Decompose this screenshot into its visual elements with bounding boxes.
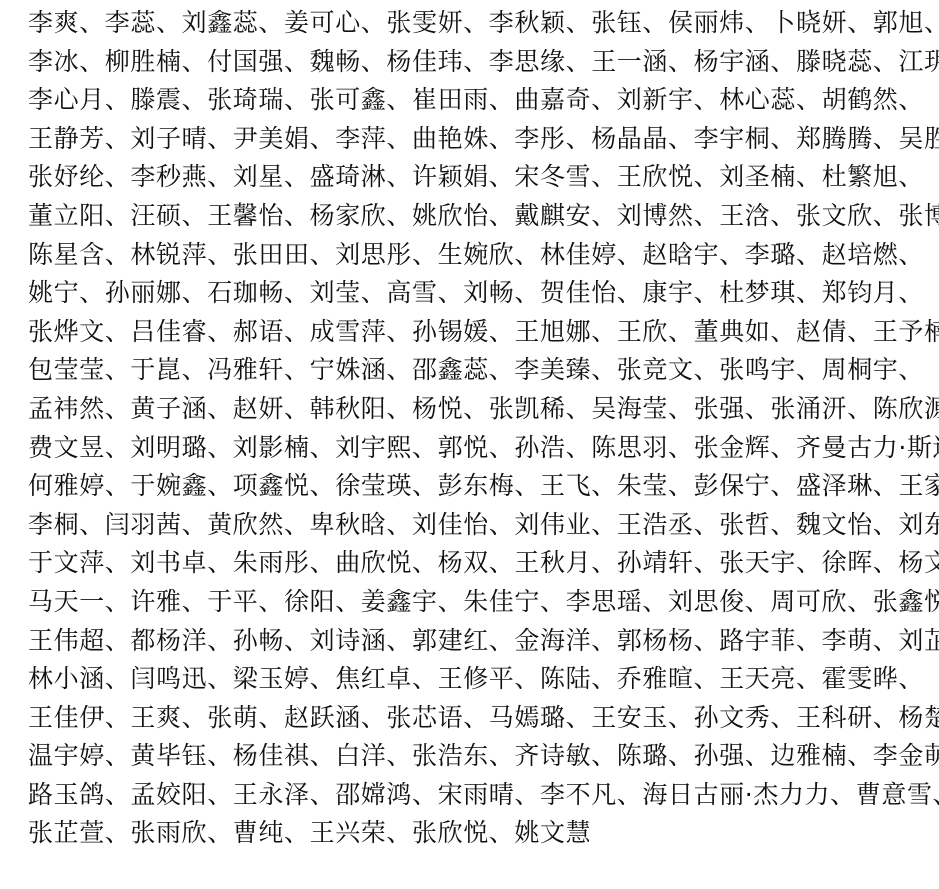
name-list-line: 董立阳、汪硕、王馨怡、杨家欣、姚欣怡、戴麒安、刘博然、王浛、张文欣、张博文、 [28, 197, 933, 236]
name-list-line: 陈星含、林锐萍、张田田、刘思彤、生婉欣、林佳婷、赵晗宇、李璐、赵培燃、 [28, 236, 933, 275]
name-list-line: 于文萍、刘书卓、朱雨彤、曲欣悦、杨双、王秋月、孙靖轩、张天宇、徐晖、杨文慧、 [28, 544, 933, 583]
name-list-line: 路玉鸽、孟姣阳、王永泽、邵嫦鸿、宋雨晴、李不凡、海日古丽·杰力力、曹意雪、 [28, 776, 933, 815]
name-list-line: 王静芳、刘子晴、尹美娟、李萍、曲艳姝、李彤、杨晶晶、李宇桐、郑腾腾、吴胜男、 [28, 120, 933, 159]
name-list-line: 王佳伊、王爽、张萌、赵跃涵、张芯语、马嫣璐、王安玉、孙文秀、王科研、杨楚棋、 [28, 699, 933, 738]
name-list-line: 林小涵、闫鸣迅、梁玉婷、焦红卓、王修平、陈陆、乔雅暄、王天亮、霍雯晔、 [28, 660, 933, 699]
name-list-line: 张妤纶、李秒燕、刘星、盛琦淋、许颖娟、宋冬雪、王欣悦、刘圣楠、杜繁旭、 [28, 158, 933, 197]
name-list-line: 温宇婷、黄毕钰、杨佳祺、白洋、张浩东、齐诗敏、陈璐、孙强、边雅楠、李金萌、 [28, 737, 933, 776]
name-list-line: 何雅婷、于婉鑫、项鑫悦、徐莹瑛、彭东梅、王飞、朱莹、彭保宁、盛泽琳、王家旭、 [28, 467, 933, 506]
name-list-line: 李心月、滕震、张琦瑞、张可鑫、崔田雨、曲嘉奇、刘新宇、林心蕊、胡鹤然、 [28, 81, 933, 120]
name-list-document: 李爽、李蕊、刘鑫蕊、姜可心、张雯妍、李秋颖、张钰、侯丽炜、卜晓妍、郭旭、 李冰、… [28, 4, 933, 853]
name-list-line: 张烨文、吕佳睿、郝语、成雪萍、孙锡媛、王旭娜、王欣、董典如、赵倩、王予楠、 [28, 313, 933, 352]
name-list-line: 张芷萱、张雨欣、曹纯、王兴荣、张欣悦、姚文慧 [28, 814, 933, 853]
name-list-line: 姚宁、孙丽娜、石珈畅、刘莹、高雪、刘畅、贺佳怡、康宇、杜梦琪、郑钧月、 [28, 274, 933, 313]
name-list-line: 李冰、柳胜楠、付国强、魏畅、杨佳玮、李思缘、王一涵、杨宇涵、滕晓蕊、江玥、 [28, 43, 933, 82]
name-list-line: 包莹莹、于崑、冯雅轩、宁姝涵、邵鑫蕊、李美臻、张竞文、张鸣宇、周桐宇、 [28, 351, 933, 390]
name-list-line: 李爽、李蕊、刘鑫蕊、姜可心、张雯妍、李秋颖、张钰、侯丽炜、卜晓妍、郭旭、 [28, 4, 933, 43]
name-list-line: 马天一、许雅、于平、徐阳、姜鑫宇、朱佳宁、李思瑶、刘思俊、周可欣、张鑫悦、 [28, 583, 933, 622]
name-list-line: 王伟超、都杨洋、孙畅、刘诗涵、郭建红、金海洋、郭杨杨、路宇菲、李萌、刘芷萱、 [28, 622, 933, 661]
name-list-line: 费文昱、刘明璐、刘影楠、刘宇熙、郭悦、孙浩、陈思羽、张金辉、齐曼古力·斯迪克、 [28, 429, 933, 468]
name-list-line: 李桐、闫羽茜、黄欣然、卑秋晗、刘佳怡、刘伟业、王浩丞、张哲、魏文怡、刘东洋、 [28, 506, 933, 545]
name-list-line: 孟祎然、黄子涵、赵妍、韩秋阳、杨悦、张凯稀、吴海莹、张强、张涌汧、陈欣源、 [28, 390, 933, 429]
